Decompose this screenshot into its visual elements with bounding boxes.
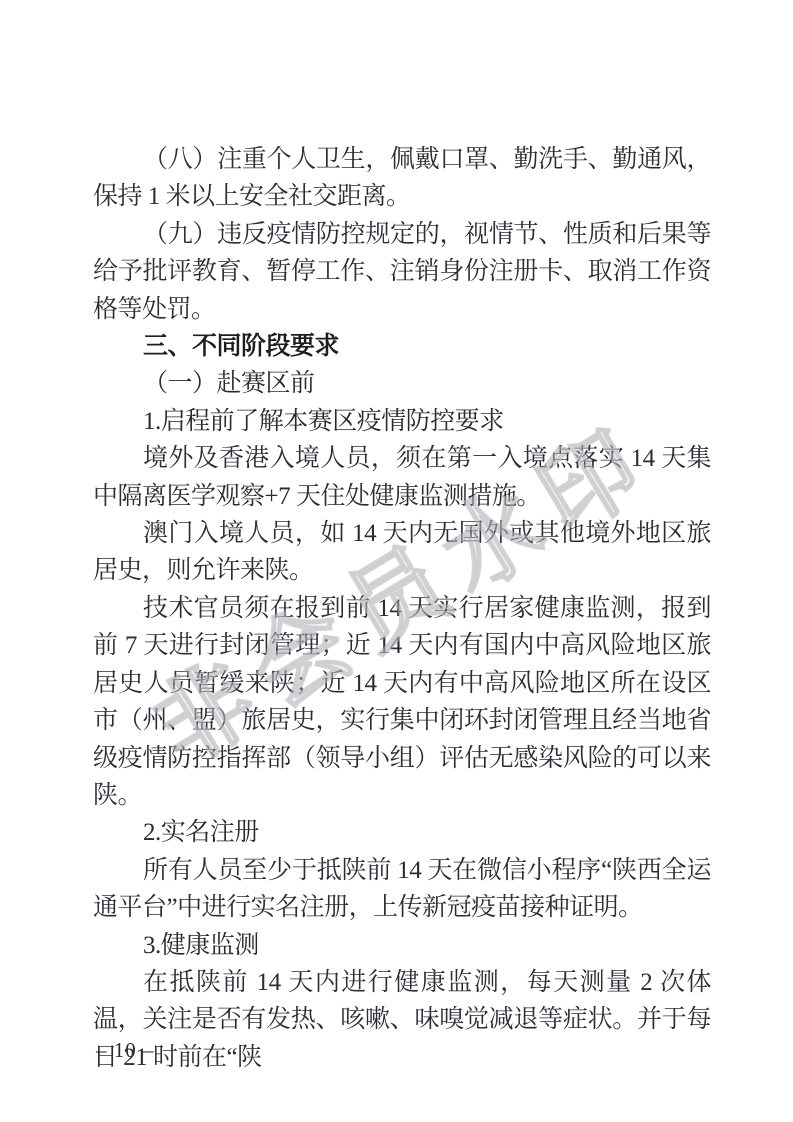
document-body: （八）注重个人卫生，佩戴口罩、勤洗手、勤通风，保持 1 米以上安全社交距离。（九…: [93, 141, 711, 1076]
document-page: （八）注重个人卫生，佩戴口罩、勤洗手、勤通风，保持 1 米以上安全社交距离。（九…: [0, 0, 793, 1122]
paragraph-1: （八）注重个人卫生，佩戴口罩、勤洗手、勤通风，保持 1 米以上安全社交距离。: [93, 141, 711, 216]
heading-9: 2.实名注册: [93, 814, 711, 851]
paragraph-2: （九）违反疫情防控规定的，视情节、性质和后果等给予批评教育、暂停工作、注销身份注…: [93, 216, 711, 328]
paragraph-12: 在抵陕前 14 天内进行健康监测，每天测量 2 次体温，关注是否有发热、咳嗽、味…: [93, 964, 711, 1076]
heading-5: 1.启程前了解本赛区疫情防控要求: [93, 403, 711, 440]
page-number: – 10 –: [96, 1038, 155, 1063]
paragraph-6: 境外及香港入境人员，须在第一入境点落实 14 天集中隔离医学观察+7 天住处健康…: [93, 440, 711, 515]
paragraph-7: 澳门入境人员，如 14 天内无国外或其他境外地区旅居史，则允许来陕。: [93, 515, 711, 590]
heading-11: 3.健康监测: [93, 927, 711, 964]
paragraph-10: 所有人员至少于抵陕前 14 天在微信小程序“陕西全运通平台”中进行实名注册，上传…: [93, 852, 711, 927]
paragraph-8: 技术官员须在报到前 14 天实行居家健康监测，报到前 7 天进行封闭管理；近 1…: [93, 590, 711, 814]
heading-4: （一）赴赛区前: [93, 365, 711, 402]
heading-3: 三、不同阶段要求: [93, 328, 711, 365]
